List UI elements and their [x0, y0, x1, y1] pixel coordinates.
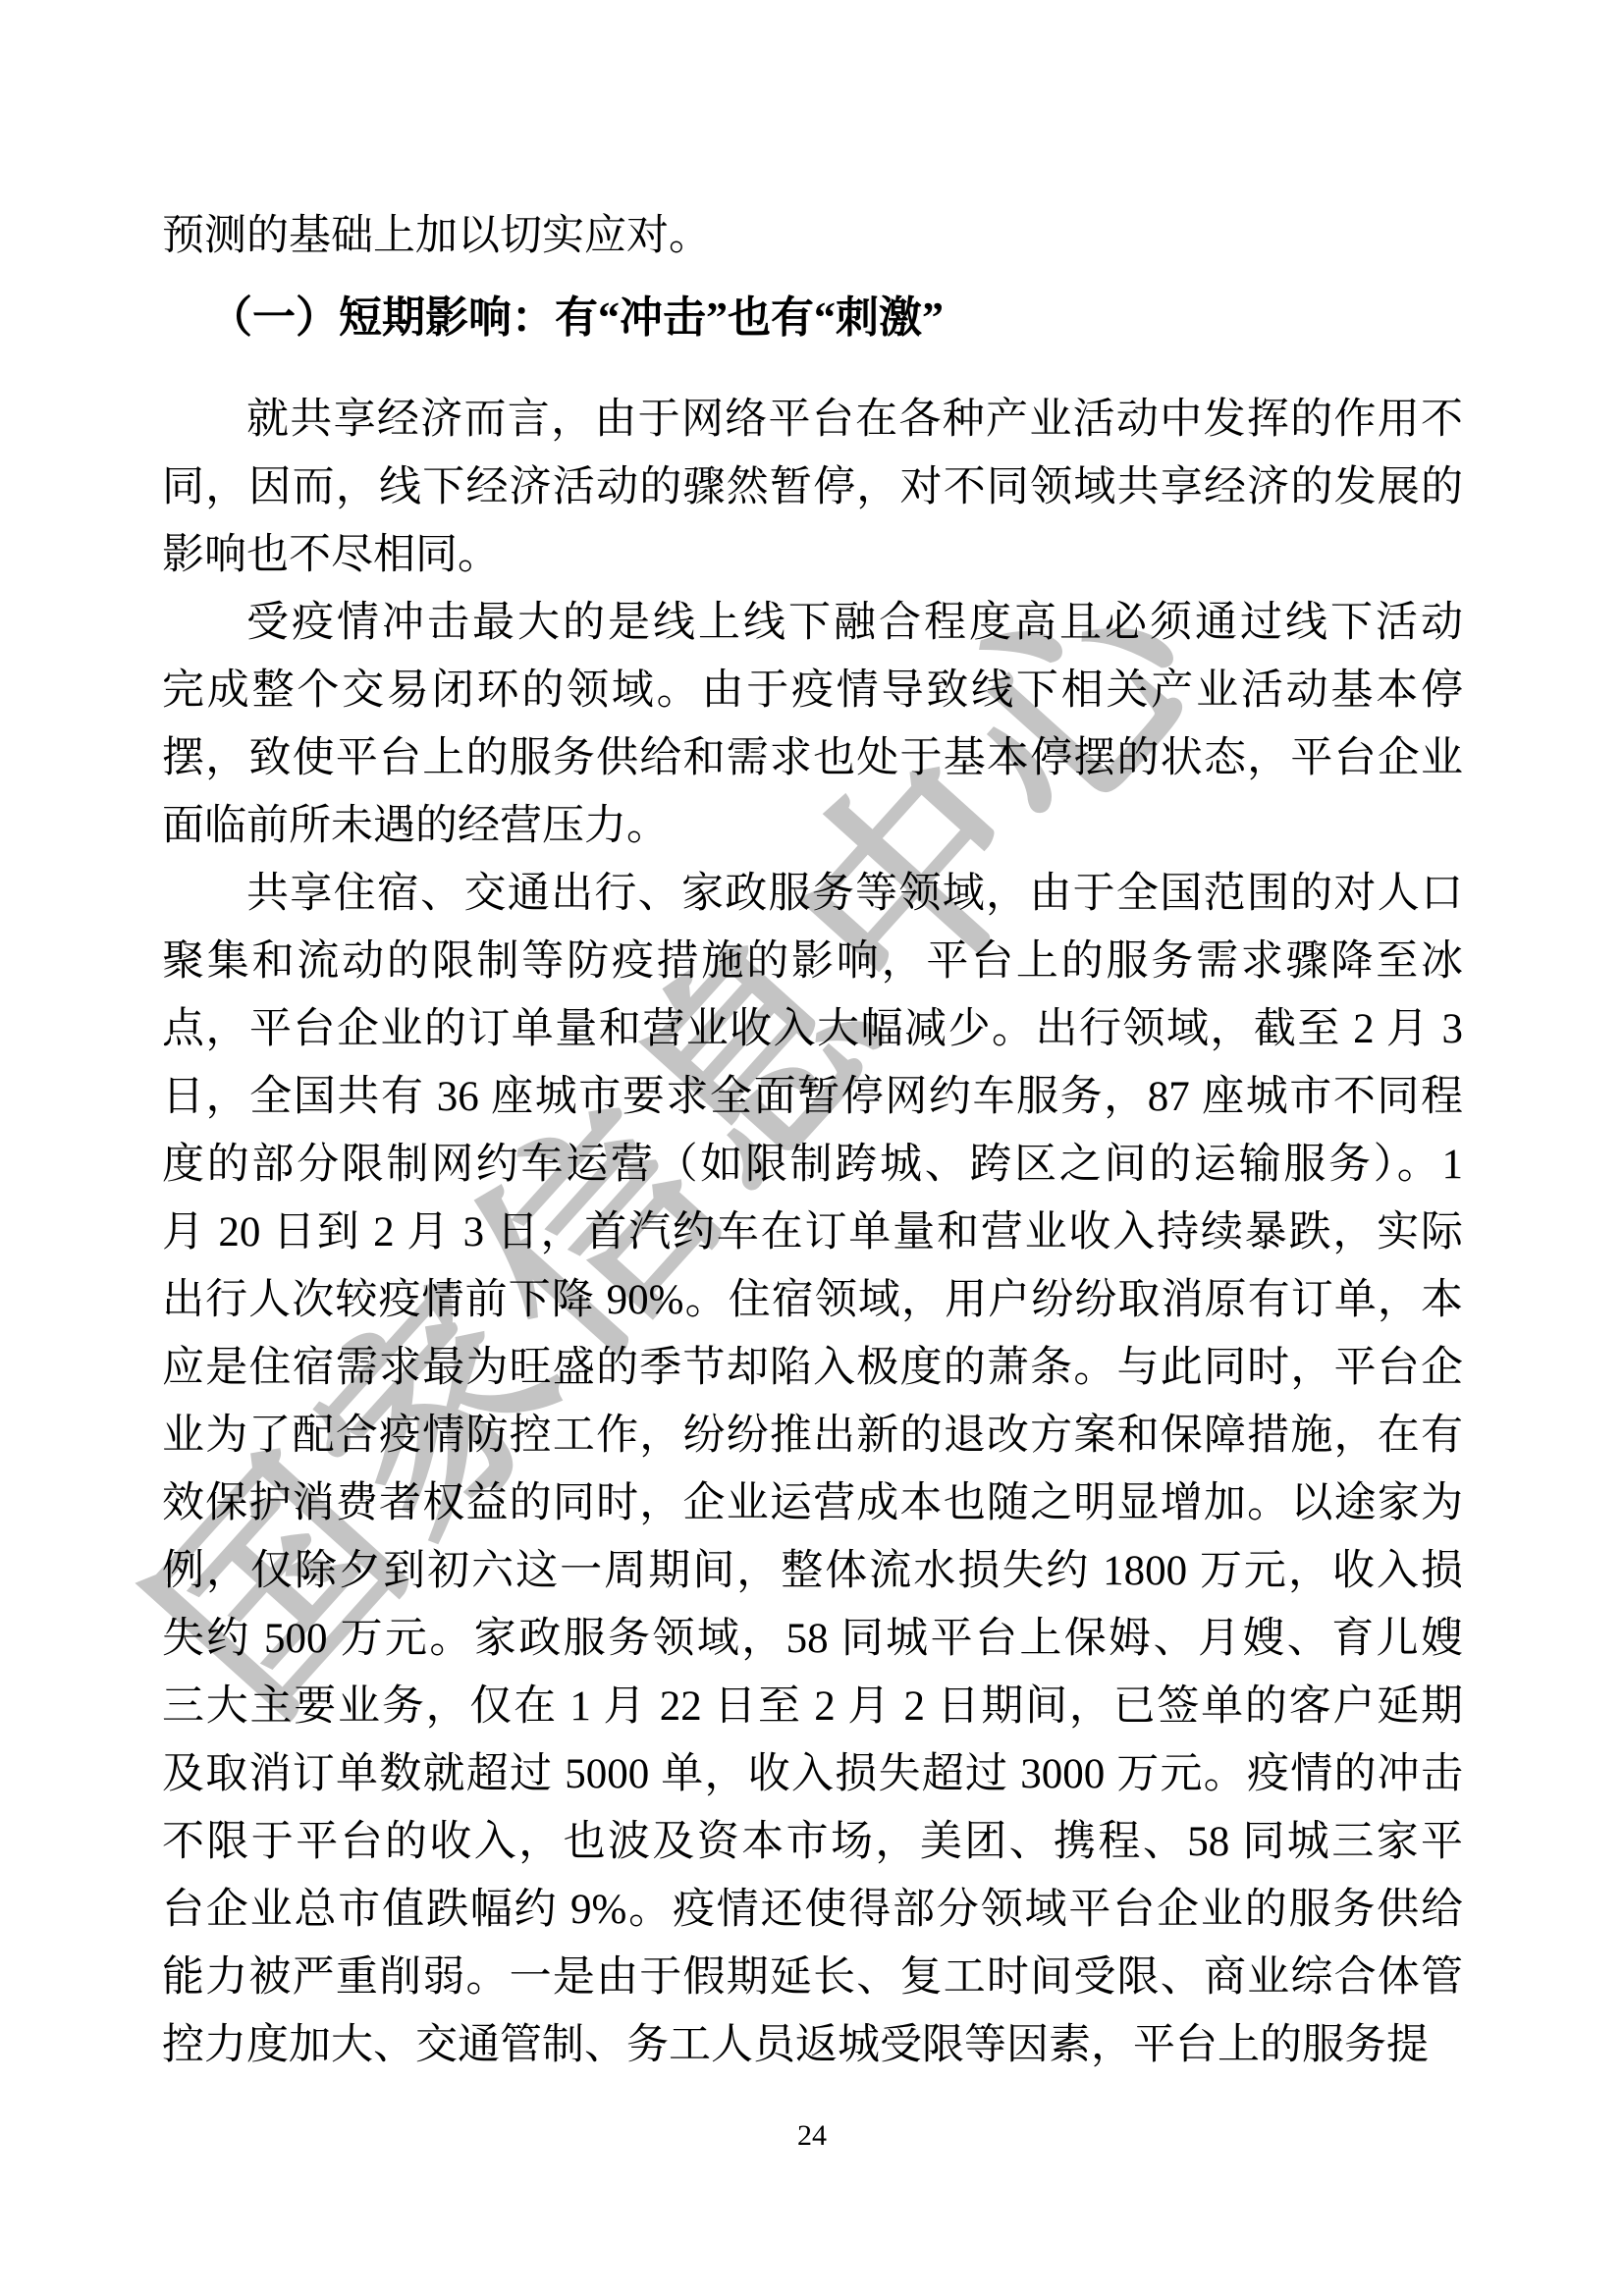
text-line: 控力度加大、交通管制、务工人员返城受限等因素，平台上的服务提 [162, 2011, 1463, 2079]
text-line: 效保护消费者权益的同时，企业运营成本也随之明显增加。以途家为 [162, 1469, 1463, 1537]
text-line: 日，全国共有 36 座城市要求全面暂停网约车服务，87 座城市不同程 [162, 1063, 1463, 1131]
text-line: 共享住宿、交通出行、家政服务等领域，由于全国范围的对人口 [162, 860, 1463, 928]
text-line: 例，仅除夕到初六这一周期间，整体流水损失约 1800 万元，收入损 [162, 1537, 1463, 1605]
paragraph: 就共享经济而言，由于网络平台在各种产业活动中发挥的作用不同，因而，线下经济活动的… [162, 386, 1463, 589]
text-line: 面临前所未遇的经营压力。 [162, 792, 1463, 860]
page-content: 预测的基础上加以切实应对。 （一）短期影响：有“冲击”也有“刺激” 就共享经济而… [162, 203, 1463, 2079]
text-line: 台企业总市值跌幅约 9%。疫情还使得部分领域平台企业的服务供给 [162, 1876, 1463, 1944]
text-line: 出行人次较疫情前下降 90%。住宿领域，用户纷纷取消原有订单，本 [162, 1266, 1463, 1334]
document-page: 国家信息中心 预测的基础上加以切实应对。 （一）短期影响：有“冲击”也有“刺激”… [0, 0, 1624, 2296]
text-line: 不限于平台的收入，也波及资本市场，美团、携程、58 同城三家平 [162, 1808, 1463, 1876]
paragraph: 受疫情冲击最大的是线上线下融合程度高且必须通过线下活动完成整个交易闭环的领域。由… [162, 589, 1463, 860]
text-line: 度的部分限制网约车运营（如限制跨城、跨区之间的运输服务）。1 [162, 1131, 1463, 1199]
text-line: 完成整个交易闭环的领域。由于疫情导致线下相关产业活动基本停 [162, 657, 1463, 724]
text-line: 点，平台企业的订单量和营业收入大幅减少。出行领域，截至 2 月 3 [162, 995, 1463, 1063]
text-line: 失约 500 万元。家政服务领域，58 同城平台上保姆、月嫂、育儿嫂 [162, 1605, 1463, 1673]
text-line: 受疫情冲击最大的是线上线下融合程度高且必须通过线下活动 [162, 589, 1463, 657]
text-line: 影响也不尽相同。 [162, 521, 1463, 589]
text-line: 月 20 日到 2 月 3 日，首汽约车在订单量和营业收入持续暴跌，实际 [162, 1199, 1463, 1266]
text-line: 能力被严重削弱。一是由于假期延长、复工时间受限、商业综合体管 [162, 1944, 1463, 2011]
text-line: 摆，致使平台上的服务供给和需求也处于基本停摆的状态，平台企业 [162, 724, 1463, 792]
text-line: 聚集和流动的限制等防疫措施的影响，平台上的服务需求骤降至冰 [162, 928, 1463, 995]
text-line: 同，因而，线下经济活动的骤然暂停，对不同领域共享经济的发展的 [162, 454, 1463, 521]
text-line: 应是住宿需求最为旺盛的季节却陷入极度的萧条。与此同时，平台企 [162, 1334, 1463, 1402]
spacer [162, 270, 1463, 285]
page-number: 24 [0, 2116, 1624, 2156]
text-line: 及取消订单数就超过 5000 单，收入损失超过 3000 万元。疫情的冲击 [162, 1740, 1463, 1808]
paragraph-continuation-line: 预测的基础上加以切实应对。 [162, 203, 1463, 270]
section-heading: （一）短期影响：有“冲击”也有“刺激” [162, 285, 1463, 351]
text-line: 三大主要业务，仅在 1 月 22 日至 2 月 2 日期间，已签单的客户延期 [162, 1673, 1463, 1740]
text-line: 就共享经济而言，由于网络平台在各种产业活动中发挥的作用不 [162, 386, 1463, 454]
paragraph: 共享住宿、交通出行、家政服务等领域，由于全国范围的对人口聚集和流动的限制等防疫措… [162, 860, 1463, 2079]
text-line: 业为了配合疫情防控工作，纷纷推出新的退改方案和保障措施，在有 [162, 1402, 1463, 1469]
body-paragraphs: 就共享经济而言，由于网络平台在各种产业活动中发挥的作用不同，因而，线下经济活动的… [162, 386, 1463, 2079]
spacer [162, 351, 1463, 386]
